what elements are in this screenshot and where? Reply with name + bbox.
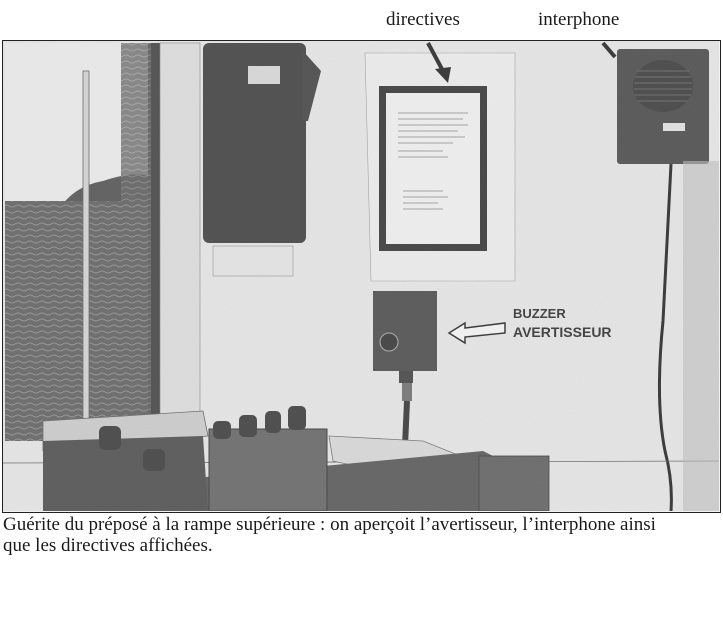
caption-line-1: Guérite du préposé à la rampe supérieure… xyxy=(3,514,723,535)
directives-label: directives xyxy=(386,9,460,31)
photo: BUZZER AVERTISSEUR xyxy=(2,40,721,513)
caption-line-2: que les directives affichées. xyxy=(3,535,723,556)
interphone-label: interphone xyxy=(538,9,619,31)
caption: Guérite du préposé à la rampe supérieure… xyxy=(3,514,723,556)
